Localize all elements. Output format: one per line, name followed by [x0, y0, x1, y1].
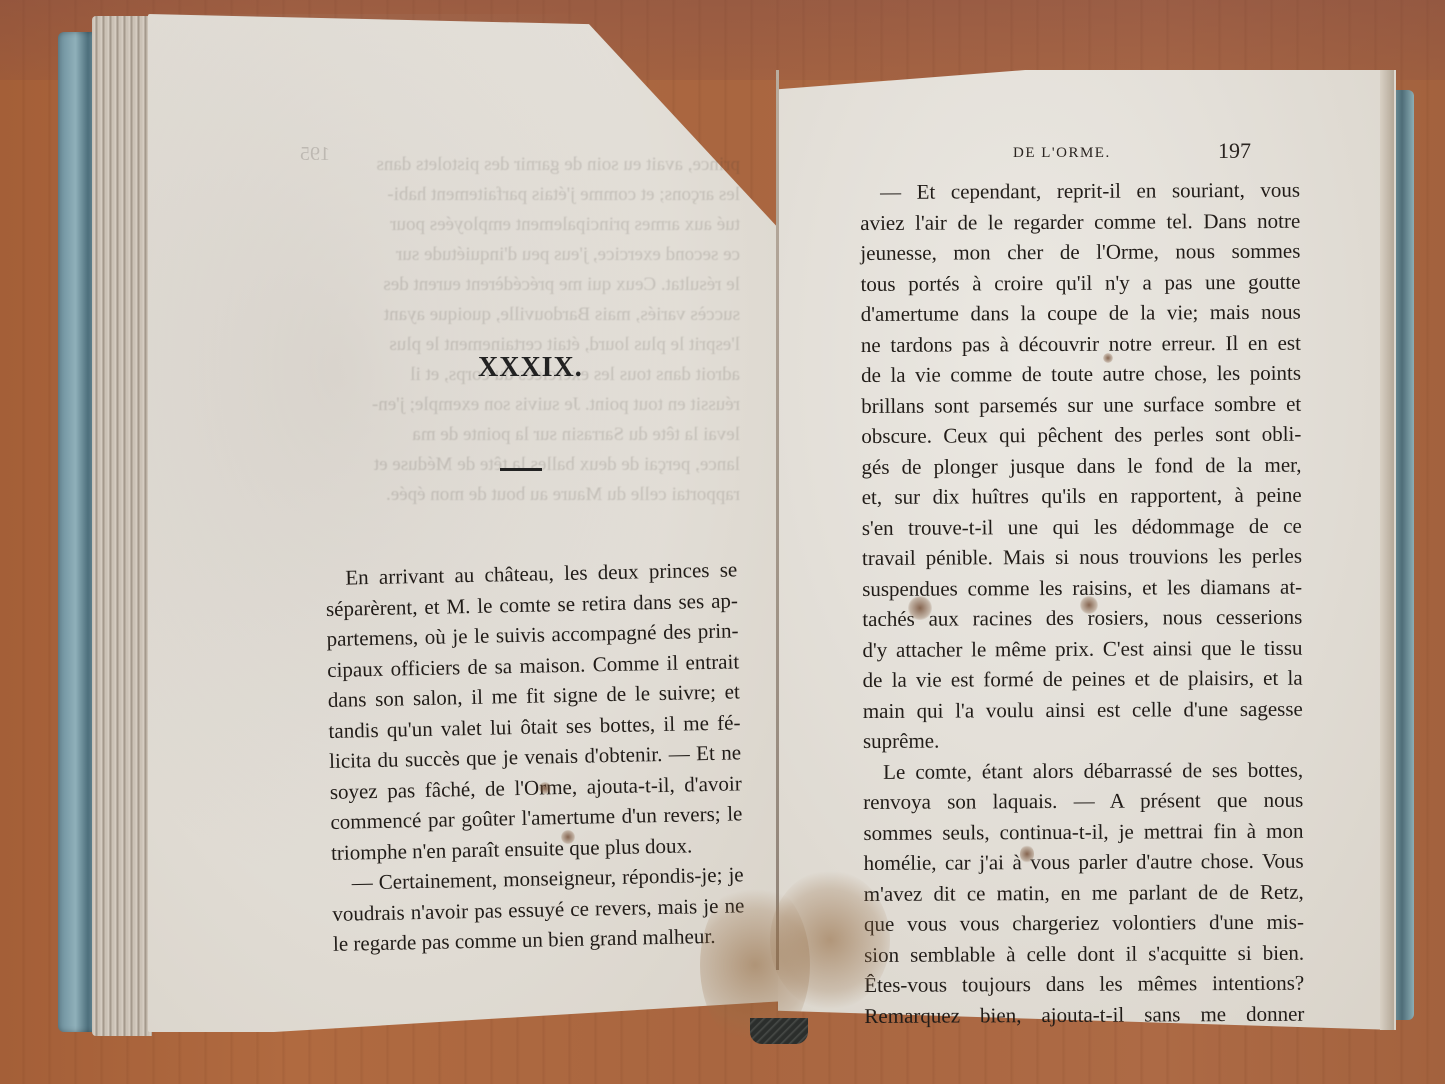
right-page-edge [1380, 70, 1394, 1030]
foxing-spot [1080, 596, 1098, 614]
foxing-spot [1103, 353, 1113, 363]
text-line: m'avez dit ce matin, en me parlant de de… [864, 876, 1304, 909]
book-gutter [776, 70, 779, 970]
text-line: Êtes-vous toujours dans les mêmes intent… [864, 968, 1304, 1001]
show-through-line: prince, avait eu soin de garnir des pist… [300, 150, 740, 180]
running-head: DE L'ORME. [1013, 145, 1111, 162]
show-through-line: le résultat. Ceux qui me précédèrent eur… [300, 270, 740, 300]
show-through-line: réussit en tout point. Je suivis son exe… [300, 390, 740, 420]
chapter-heading: XXXIX. [478, 352, 583, 384]
left-page-body: En arrivant au château, les deux princes… [325, 554, 745, 959]
show-through-line: ce second exercice, j'eus peu d'inquiétu… [300, 240, 740, 270]
text-line: de la vie comme de toute autre chose, le… [861, 358, 1301, 391]
text-line: que vous vous chargeriez volontiers d'un… [864, 907, 1304, 940]
text-line: gés de plonger jusque dans le fond de la… [861, 449, 1301, 482]
text-line: homélie, car j'ai à vous parler d'autre … [864, 846, 1304, 879]
text-line: de la vie est formé de peines et de plai… [863, 663, 1303, 696]
text-line: suprême. [863, 724, 1303, 757]
show-through-line: levai la tête du Sarrasin sur la pointe … [300, 420, 740, 450]
text-line: brillans sont parsemés sur une surface s… [861, 388, 1301, 421]
show-through-line: tué aux armes principalement employées p… [300, 210, 740, 240]
text-line: — Et cependant, reprit-il en souriant, v… [860, 175, 1300, 208]
foxing-spot [539, 782, 551, 794]
show-through-text: prince, avait eu soin de garnir des pist… [300, 150, 740, 510]
text-line: main qui l'a voulu ainsi est celle d'une… [863, 693, 1303, 726]
text-line: d'amertume dans la coupe de la vie; mais… [861, 297, 1301, 330]
text-line: et, sur dix huîtres qu'ils en rapportent… [862, 480, 1302, 513]
text-line: tous portés à croire qu'il n'y a pas une… [860, 266, 1300, 299]
show-through-line: rapportai celle du Maure au bout de mon … [300, 480, 740, 510]
text-line: sommes seuls, continua-t-il, je mettrai … [863, 815, 1303, 848]
text-line: aviez l'air de le regarder comme tel. Da… [860, 205, 1300, 238]
chapter-divider-rule [500, 468, 542, 471]
text-line: Le comte, étant alors débarrassé de ses … [863, 754, 1303, 787]
foxing-spot [561, 830, 575, 844]
text-line: s'en trouve-t-il une qui les dédommage d… [862, 510, 1302, 543]
foxing-spot [908, 596, 932, 620]
bookmark-ribbon [750, 1018, 808, 1044]
text-line: jeunesse, mon cher de l'Orme, nous somme… [860, 236, 1300, 269]
page-block-edges [92, 16, 152, 1036]
text-line: renvoya son laquais. — A présent que nou… [863, 785, 1303, 818]
text-line: obscure. Ceux qui pêchent des perles son… [861, 419, 1301, 452]
water-stain-right [770, 870, 890, 1010]
text-line: d'y attacher le même prix. C'est ainsi q… [862, 632, 1302, 665]
foxing-spot [1020, 845, 1034, 863]
text-line: travail pénible. Mais si nous trouvions … [862, 541, 1302, 574]
show-through-line: succès variés, mais Bardouville, quoique… [300, 300, 740, 330]
text-line: Remarquez bien, ajouta-t-il sans me donn… [864, 998, 1304, 1031]
show-through-line: les arçons; et comme j'étais parfaitemen… [300, 180, 740, 210]
show-through-line: lance, perçai de deux balles la tête de … [300, 450, 740, 480]
text-line: sion semblable à celle dont il s'acquitt… [864, 937, 1304, 970]
page-number: 197 [1218, 138, 1251, 164]
text-line: ne tardons pas à découvrir notre erreur.… [861, 327, 1301, 360]
